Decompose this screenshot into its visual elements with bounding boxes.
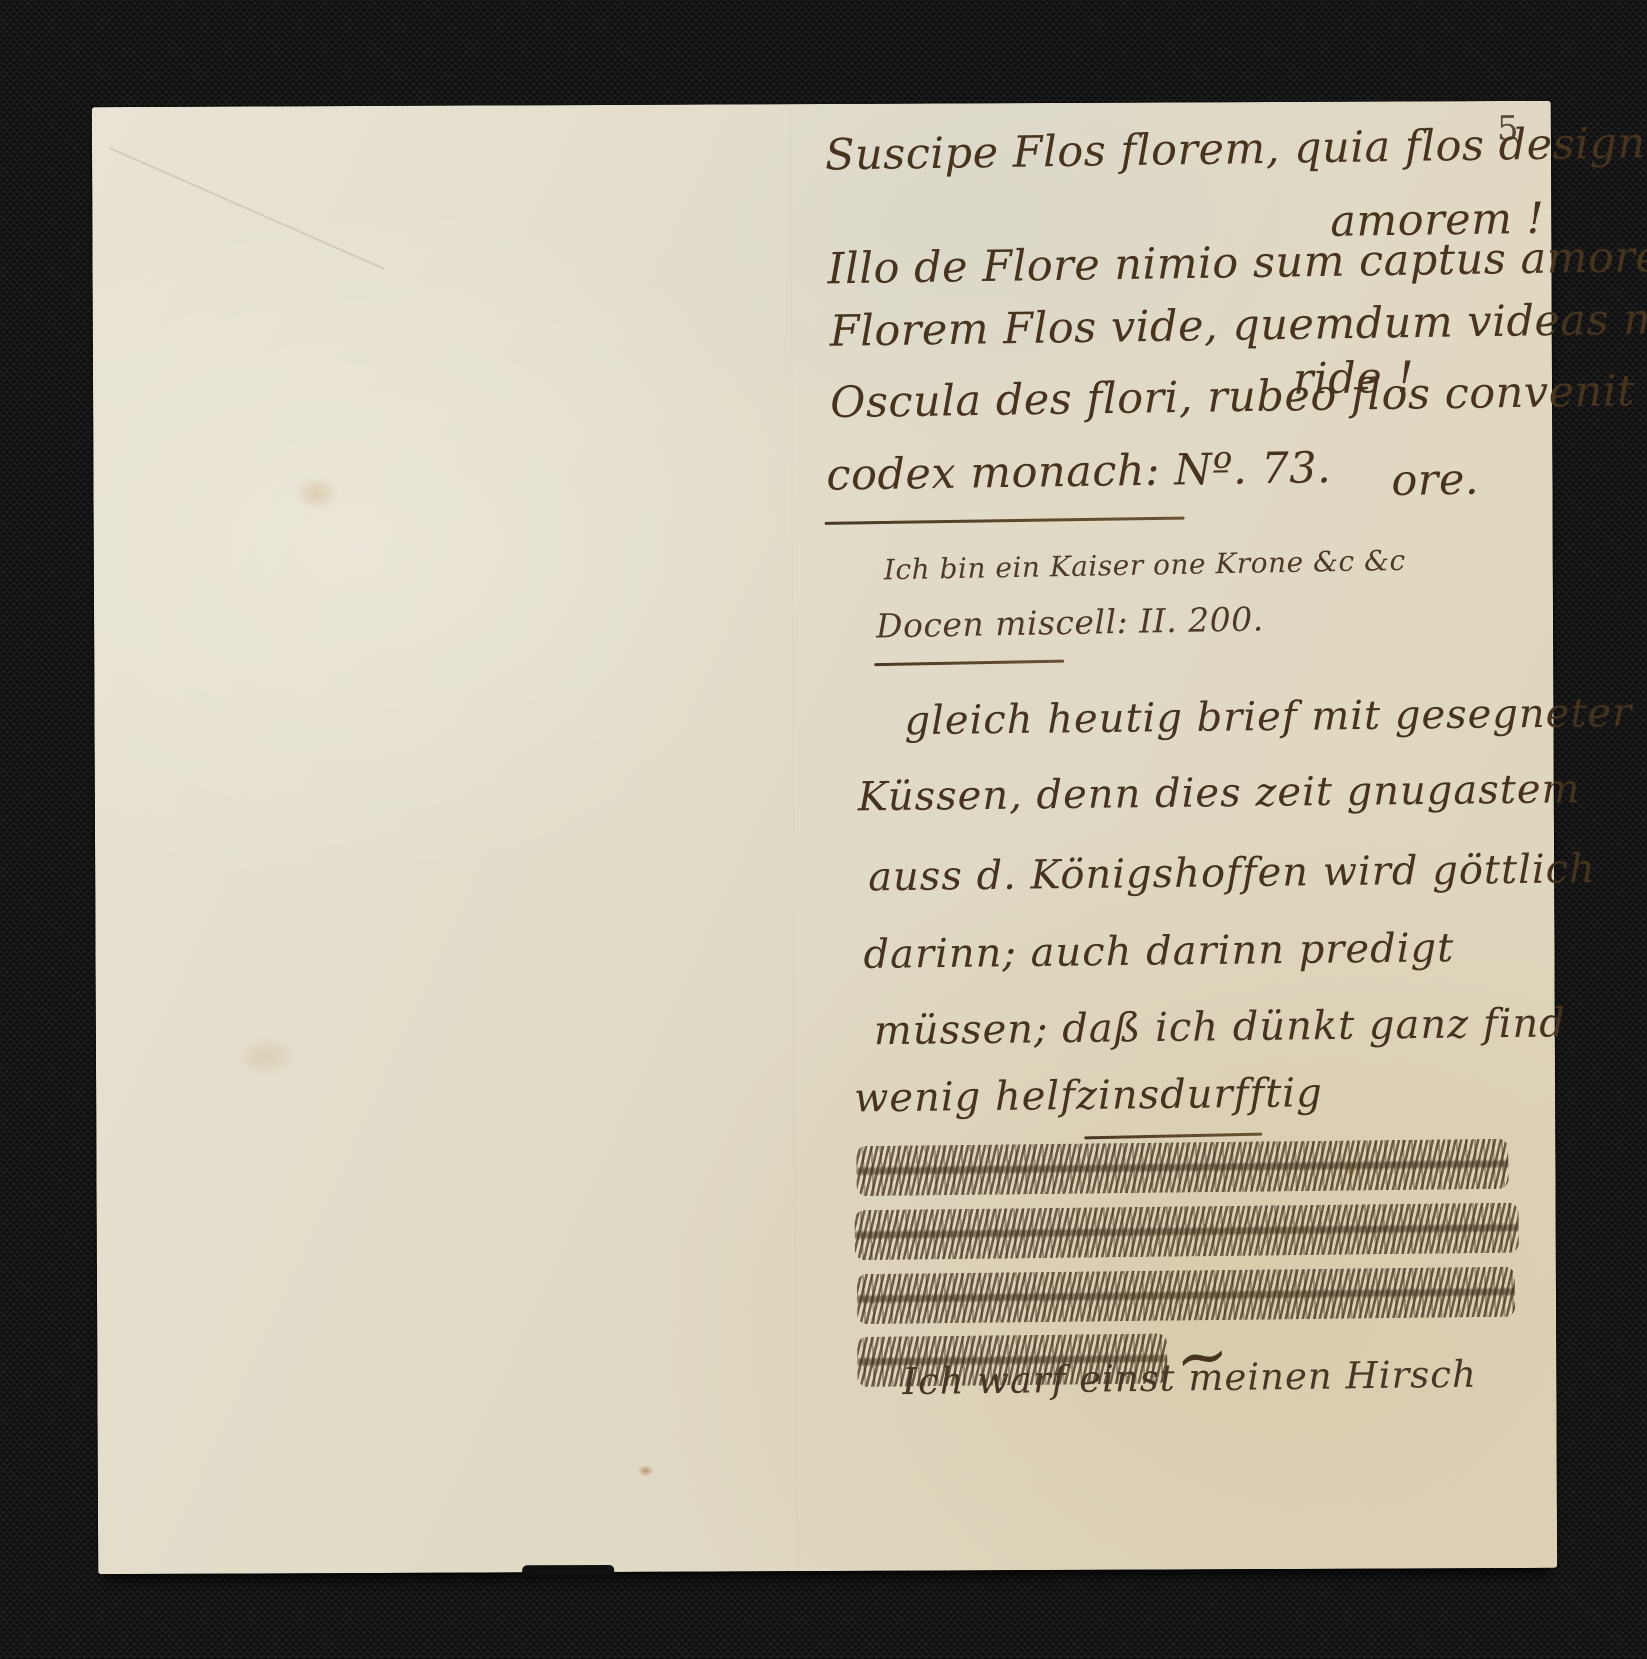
manuscript-photograph: { "page": { "page_number": "5", "backgro… <box>0 0 1647 1659</box>
struck-line <box>854 1203 1519 1261</box>
closing-line: Ich warf einst meinen Hirsch <box>902 1353 1477 1404</box>
paper-stain <box>638 1465 654 1477</box>
manuscript-page: 5 Suscipe Flos florem, quia flos designa… <box>92 101 1557 1574</box>
handwritten-line: gleich heutig brief mit gesegneter <box>904 690 1632 744</box>
handwritten-line: darinn; auch darinn predigt <box>863 925 1454 978</box>
struck-line <box>856 1139 1509 1196</box>
struck-passage <box>92 101 1551 107</box>
vertical-fold-crease <box>790 104 799 1571</box>
paper-stain <box>236 1036 296 1076</box>
kurrent-underline <box>1084 1133 1262 1140</box>
diagonal-crease <box>109 147 384 270</box>
handwritten-line: Docen miscell: II. 200. <box>876 599 1264 645</box>
handwritten-line: Küssen, denn dies zeit gnugastem <box>858 766 1581 820</box>
handwritten-line: Suscipe Flos florem, quia flos designat <box>825 118 1647 181</box>
handwritten-line: wenig helfzinsdurfftig <box>854 1070 1323 1121</box>
german-reference-note: Ich bin ein Kaiser one Krone &c &cDocen … <box>92 101 1551 107</box>
paper-stain <box>293 476 339 510</box>
poem-citation: codex monach: Nº. 73. <box>826 443 1332 500</box>
torn-edge-notch <box>522 1565 614 1575</box>
handwritten-line: Illo de Flore nimio sum captus amore <box>827 232 1647 294</box>
citation-underline <box>825 517 1185 525</box>
handwritten-line: Oscula des flori, rubeo flos convenit <box>830 366 1635 428</box>
handwritten-line: Florem Flos vide, quemdum videas michi <box>829 293 1647 357</box>
struck-line <box>857 1267 1516 1324</box>
kurrent-passage: gleich heutig brief mit gesegneterKüssen… <box>92 101 1551 107</box>
docen-underline <box>874 660 1064 666</box>
handwritten-line: müssen; daß ich dünkt ganz find <box>874 1000 1567 1054</box>
handwritten-line: auss d. Königshoffen wird göttlich <box>868 846 1596 900</box>
handwritten-line: Ich bin ein Kaiser one Krone &c &c <box>884 544 1406 587</box>
latin-poem: Suscipe Flos florem, quia flos designata… <box>92 101 1551 107</box>
handwritten-line: ore. <box>1391 455 1479 506</box>
